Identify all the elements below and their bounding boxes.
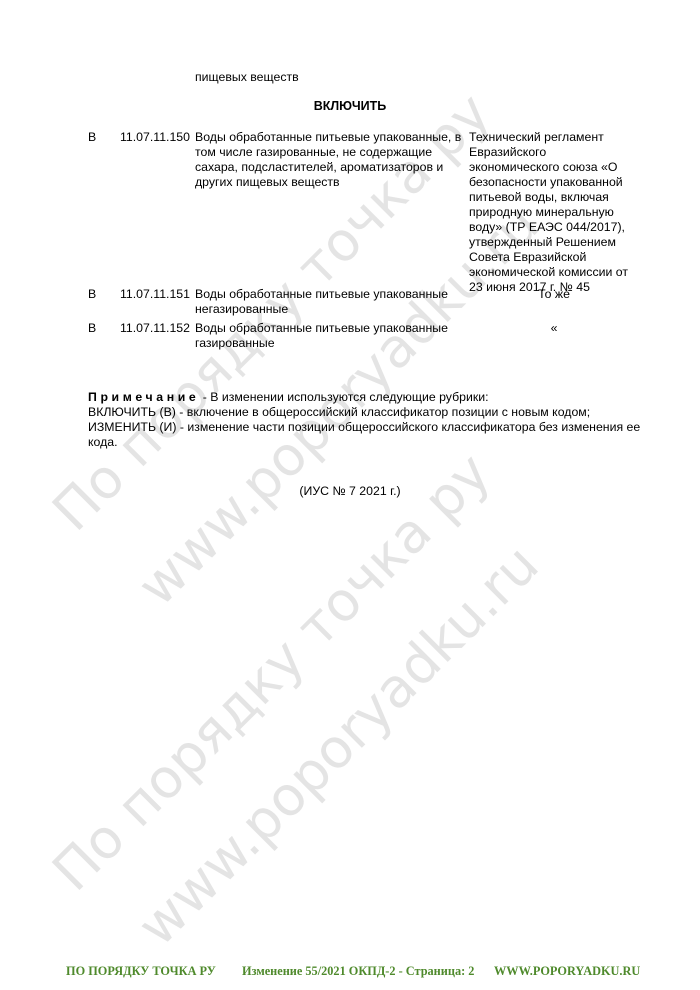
reference-line: природную минеральную — [469, 205, 639, 220]
note-line: ИЗМЕНИТЬ (И) - изменение части позиции о… — [88, 420, 648, 435]
reference-line: экономической комиссии от — [469, 265, 639, 280]
continuation-text: пищевых веществ — [195, 70, 299, 85]
row-name: Воды обработанные питьевые упакованные, … — [195, 130, 457, 190]
row-code: 11.07.11.150 — [120, 130, 190, 145]
row-name: Воды обработанные питьевые упакованные г… — [195, 321, 457, 351]
name-line: газированные — [195, 336, 457, 351]
ius-reference: (ИУС № 7 2021 г.) — [0, 484, 700, 499]
reference-line: Совета Евразийской — [469, 250, 639, 265]
reference-line: экономического союза «О — [469, 160, 639, 175]
row-code: 11.07.11.151 — [120, 287, 190, 302]
document-page: пищевых веществ ВКЛЮЧИТЬ В 11.07.11.150 … — [0, 0, 700, 990]
row-reference: « — [469, 321, 639, 336]
name-line: негазированные — [195, 302, 457, 317]
name-line: других пищевых веществ — [195, 175, 457, 190]
row-mark: В — [88, 287, 96, 302]
name-line: Воды обработанные питьевые упакованные, … — [195, 130, 457, 145]
note-label: Примечание — [88, 390, 199, 404]
note-line: кода. — [88, 435, 648, 450]
reference-line: Евразийского — [469, 145, 639, 160]
name-line: том числе газированные, не содержащие — [195, 145, 457, 160]
footer-page-info: Изменение 55/2021 ОКПД-2 - Страница: 2 — [242, 964, 474, 979]
footer-site-name: ПО ПОРЯДКУ ТОЧКА РУ — [66, 964, 216, 979]
reference-line: То же — [469, 287, 639, 302]
reference-line: питьевой воды, включая — [469, 190, 639, 205]
name-line: сахара, подсластителей, ароматизаторов и — [195, 160, 457, 175]
row-reference: То же — [469, 287, 639, 302]
name-line: Воды обработанные питьевые упакованные — [195, 287, 457, 302]
row-mark: В — [88, 321, 96, 336]
reference-line: Технический регламент — [469, 130, 639, 145]
section-title: ВКЛЮЧИТЬ — [0, 99, 700, 114]
row-mark: В — [88, 130, 96, 145]
reference-line: утвержденный Решением — [469, 235, 639, 250]
reference-line: воду» (ТР ЕАЭС 044/2017), — [469, 220, 639, 235]
reference-line: « — [469, 321, 639, 336]
note-intro: - В изменении используются следующие руб… — [199, 390, 488, 404]
footer-site-url[interactable]: WWW.POPORYADKU.RU — [494, 964, 640, 979]
row-name: Воды обработанные питьевые упакованные н… — [195, 287, 457, 317]
reference-line: безопасности упакованной — [469, 175, 639, 190]
name-line: Воды обработанные питьевые упакованные — [195, 321, 457, 336]
note-line: ВКЛЮЧИТЬ (В) - включение в общероссийски… — [88, 405, 648, 420]
row-code: 11.07.11.152 — [120, 321, 190, 336]
row-reference: Технический регламент Евразийского эконо… — [469, 130, 639, 295]
note-block: Примечание - В изменении используются сл… — [88, 390, 648, 450]
